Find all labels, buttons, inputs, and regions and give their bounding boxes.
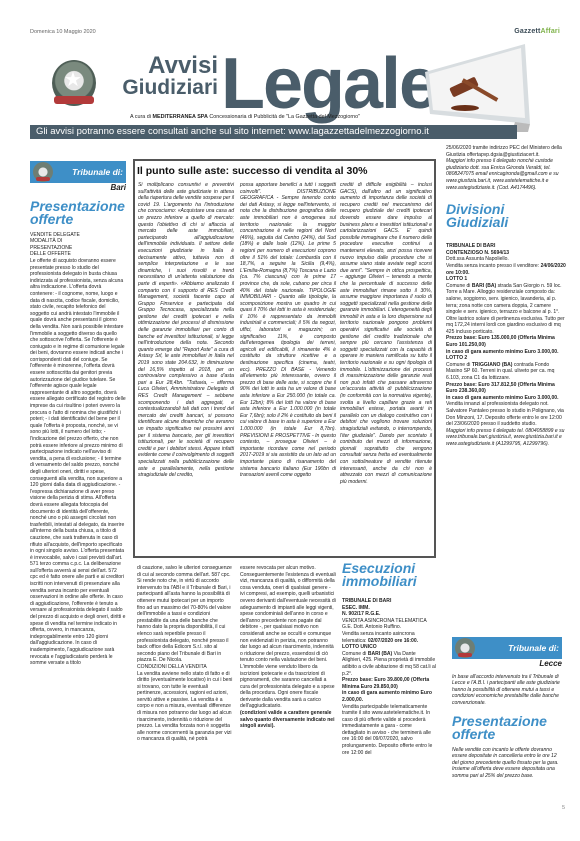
procedure-type: ESEC. IMM. xyxy=(342,605,436,612)
tribunale-header-bari: Tribunale di: xyxy=(30,161,126,183)
monitor-gavel-icon xyxy=(420,42,535,132)
emblem-icon xyxy=(455,638,475,658)
left-column: Tribunale di: Bari Presentazioneofferte … xyxy=(30,161,126,667)
emblem-icon xyxy=(33,162,53,182)
heading-line-2: immobiliari xyxy=(342,575,436,588)
tribunale-label: Tribunale di: xyxy=(72,167,123,177)
section-heading-esecuzioni: Esecuzioniimmobiliari xyxy=(342,562,436,588)
lot1-location: Comune di BARI (BA) strada San Giorgio n… xyxy=(446,283,566,336)
sale-info: Vendita senza incanto presso il venditor… xyxy=(446,263,566,276)
lot2-location: Comune di TRIGGIANO (BA) contrada Fondo … xyxy=(446,362,566,382)
tribunale-header-lecce: Tribunale di: xyxy=(452,637,562,659)
masthead-giudiziari: Giudiziari xyxy=(120,77,218,98)
city-label: Lecce xyxy=(452,661,562,668)
article-col-3: crediti di difficile esigibilità – inclu… xyxy=(340,182,432,485)
delegate-info: Vendita innanzi al professionista delega… xyxy=(446,401,566,427)
loc-prefix: Comune di xyxy=(446,362,472,368)
conditions-text-2: La vendita avviene nello stato di fatto … xyxy=(137,671,233,744)
lot1-increment: in caso di gara aumento minimo Euro 3.00… xyxy=(446,349,566,356)
abi-agreement: In base all'accordo intervenuto tra il T… xyxy=(452,674,562,707)
contact-info: Maggiori info presso il delegato nonché … xyxy=(446,158,566,191)
loc-city: TRIGGIANO (BA) xyxy=(472,362,513,368)
base-price: Prezzo base: Euro 39.800,00 (Offerta Min… xyxy=(342,677,436,690)
brand-logo: GazzettAffari xyxy=(514,28,560,35)
heading-line-2: offerte xyxy=(30,213,126,226)
issue-date: Domenica 10 Maggio 2020 xyxy=(30,29,96,35)
loc-city: BARI (BA) xyxy=(368,651,392,657)
credit-prefix: A cura di xyxy=(130,114,152,120)
esecuzioni-section: Esecuzioniimmobiliari TRIBUNALE DI BARI … xyxy=(342,562,436,756)
republic-emblem-icon: ★ xyxy=(52,60,96,106)
lot1-label: LOTTO 1 xyxy=(446,276,566,283)
heading-line-2: Giudiziali xyxy=(446,216,566,229)
procedure-number: N. 902/17 R.G.E. xyxy=(342,611,436,618)
sale-details: Vendita partecipabile telematicamente tr… xyxy=(342,704,436,757)
article-title: Il punto sulle aste: successo di vendita… xyxy=(137,165,368,177)
lecce-offer-rules: Nelle vendite con incanto le offerte dov… xyxy=(452,747,562,780)
min-increment: in caso di gara aumento minimo Euro 2.00… xyxy=(342,690,436,703)
credit-suffix: Concessionaria di Pubblicità de "La Gazz… xyxy=(208,114,360,120)
judge: G.E. Dott. Antonio Ruffino. xyxy=(342,624,436,631)
section-heading-presentazione-lecce: Presentazioneofferte xyxy=(452,715,562,741)
right-column: 25/06/2020 tramite indirizzo PEC del Min… xyxy=(446,145,566,448)
lot-label: LOTTO UNICO xyxy=(342,644,436,651)
court-name: TRIBUNALE DI BARI xyxy=(446,243,566,250)
masthead-avvisi: Avvisi xyxy=(120,54,218,78)
article-col-1: Si moltiplicano consuntivi e preventivi … xyxy=(138,182,234,479)
sale-date: 02/07/2020 ore 16:00. xyxy=(368,638,418,644)
publisher-credit: A cura di MEDITERRANEA SPA Concessionari… xyxy=(130,114,360,120)
sale-type: VENDITA ASINCRONA TELEMATICA xyxy=(342,618,436,625)
tribunale-label: Tribunale di: xyxy=(508,643,559,653)
section-heading-presentazione: Presentazioneofferte xyxy=(30,200,126,226)
article-col-2: possa apportare benefici a tutti i sogge… xyxy=(240,182,336,479)
credit-company: MEDITERRANEA SPA xyxy=(152,114,207,120)
lot2-price: Prezzo base: Euro 317.812,50 (Offerta Mi… xyxy=(446,382,566,395)
lot-location: Comune di BARI (BA) Via Dante Alighieri,… xyxy=(342,651,436,677)
section-heading-divisioni: DivisioniGiudiziali xyxy=(446,203,566,229)
case-number: CONTENZIOSO N. 5694/13 xyxy=(446,250,566,257)
conditions-col-1: di cauzione, salvo le ulteriori consegue… xyxy=(137,565,233,743)
masthead-title: Legale xyxy=(221,48,437,120)
heading-offerte: DELLE OFFERTE xyxy=(30,251,126,258)
conditions-note: (condizioni valide a carattere generale … xyxy=(240,710,336,730)
lot2-increment: in caso di gara aumento minimo Euro 3.00… xyxy=(446,395,566,402)
website-banner: Gli avvisi potranno essere consultati an… xyxy=(30,125,517,139)
city-label: Bari xyxy=(30,185,126,192)
brand-prefix: Gazzett xyxy=(514,28,540,35)
heading-presentazione: PRESENTAZIONE xyxy=(30,245,126,252)
loc-prefix: Comune di xyxy=(446,283,472,289)
conditions-text-1: di cauzione, salvo le ulteriori consegue… xyxy=(137,565,233,664)
sale-info: Vendita senza incanto asincrona telemati… xyxy=(342,631,436,644)
pec-info: 25/06/2020 tramite indirizzo PEC del Min… xyxy=(446,145,566,158)
lot1-price: Prezzo base: Euro 135.000,00 (Offerta Mi… xyxy=(446,335,566,348)
lot2-label: LOTTO 2 xyxy=(446,355,566,362)
loc-rest: strada San Giorgio n. 59 loc. Torre a Ma… xyxy=(446,283,565,335)
sale-text: Vendita senza incanto presso il venditor… xyxy=(446,263,541,269)
conditions-text-3: essere revocata per alcun motivo. Conseg… xyxy=(240,565,336,710)
brand-accent: Affari xyxy=(541,28,560,35)
conditions-col-2: essere revocata per alcun motivo. Conseg… xyxy=(240,565,336,730)
loc-city: BARI (BA) xyxy=(472,283,496,289)
page-number: 5 xyxy=(562,805,565,811)
heading-line-2: offerte xyxy=(452,728,562,741)
delegate: Dott.ssa Assunta Napoliello. xyxy=(446,256,566,263)
lecce-section: Tribunale di: Lecce In base all'accordo … xyxy=(452,637,562,780)
lot-contact-info: Maggiori info presso il delegato tel. 08… xyxy=(446,428,566,448)
conditions-heading: CONDIZIONI DELLA VENDITA xyxy=(137,664,233,671)
court-name: TRIBUNALE DI BARI xyxy=(342,598,436,605)
masthead-subtitle: Avvisi Giudiziari xyxy=(120,54,218,98)
heading-modalita: MODALITÀ DI xyxy=(30,238,126,245)
offer-rules-text: Le offerte di acquisto dovranno essere p… xyxy=(30,258,126,667)
loc-prefix: Comune di xyxy=(342,651,368,657)
